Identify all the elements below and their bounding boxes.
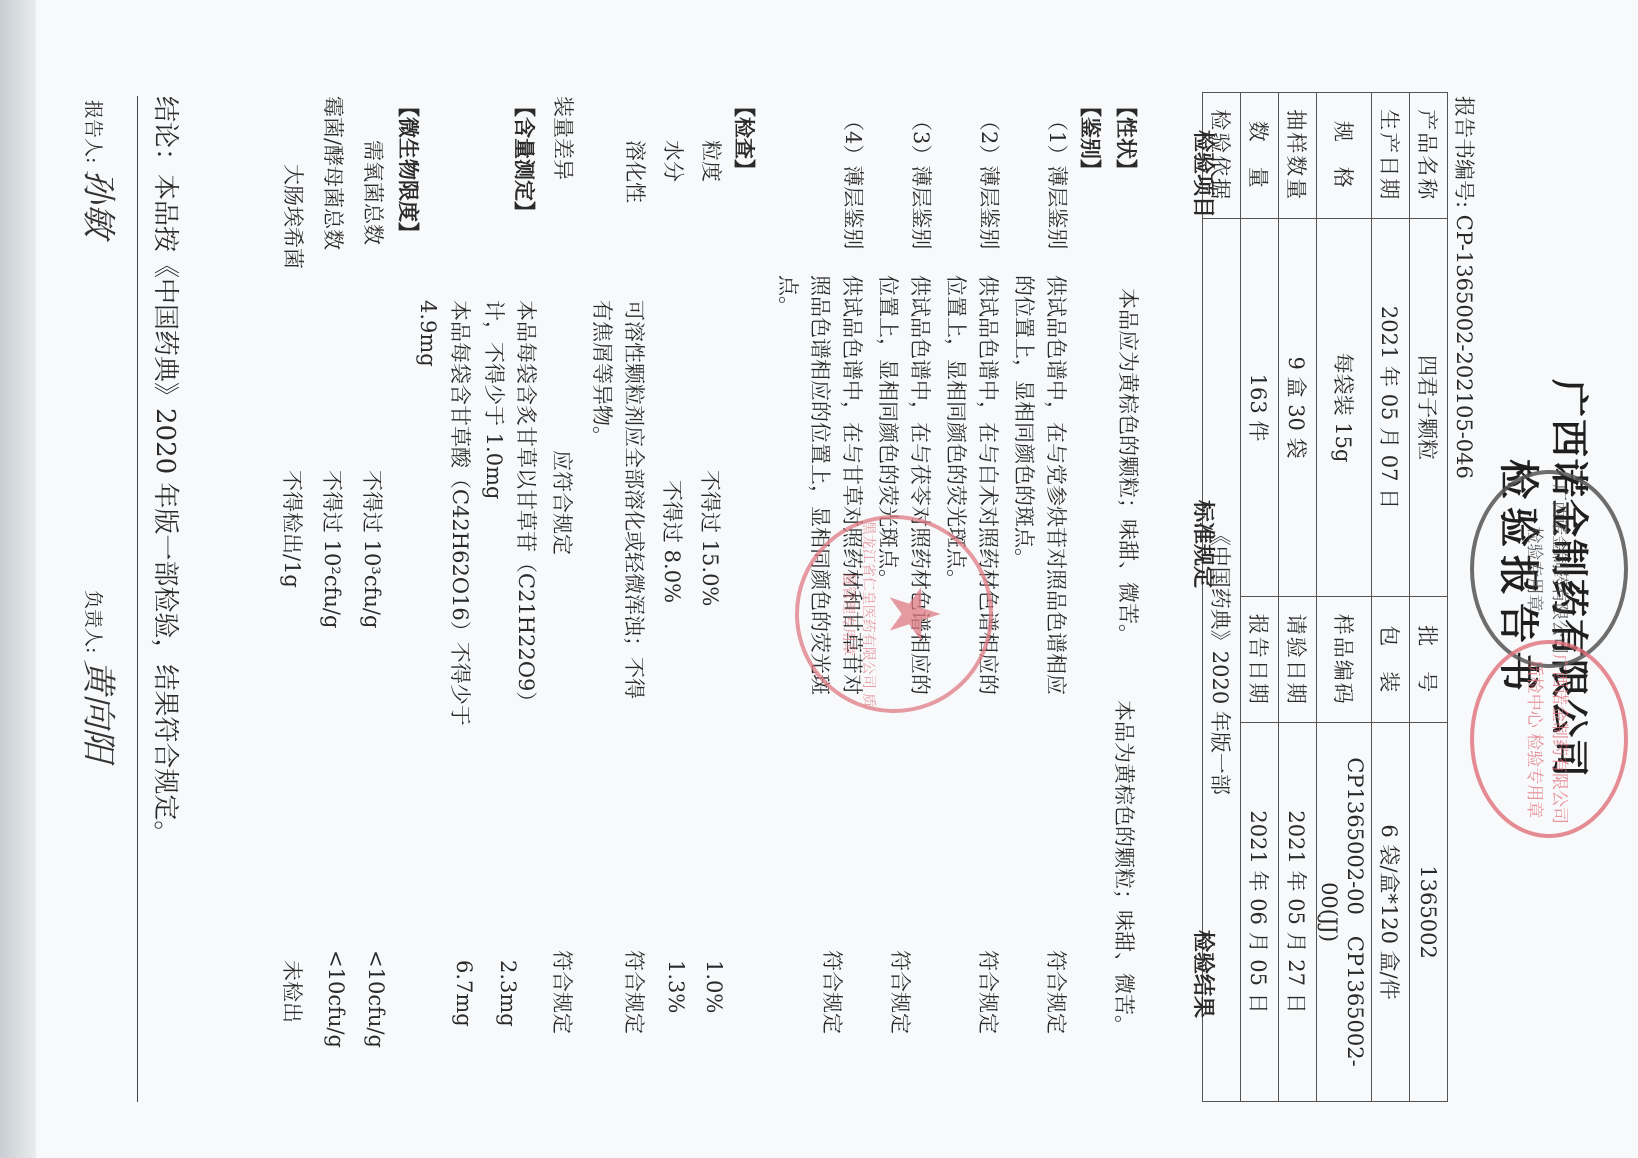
label-product-name: 产品名称 [1410, 93, 1448, 219]
label-batch-no: 批 号 [1410, 597, 1448, 723]
check-granularity-result: 1.0% [702, 960, 726, 1013]
microbe-aerobic-standard: 不得过 10³cfu/g [356, 470, 388, 628]
id-item-4-name: （4）薄层鉴别 [838, 110, 868, 249]
id-item-2-standard: 供试品色谱中，在与白术对照药材色谱相应的位置上，显相同颜色的荧光斑点。 [940, 275, 1004, 695]
id-item-2-name: （2）薄层鉴别 [974, 110, 1004, 249]
responsible-sign: 黄向阳 [78, 659, 118, 761]
character-result: 本品为黄棕色的颗粒；味甜、微苦。 [1110, 700, 1140, 1100]
value-batch-no: 1365002 [1410, 723, 1448, 1102]
product-info-table: 产品名称 四君子颗粒 批 号 1365002 生产日期 2021 年 05 月 … [1202, 92, 1448, 1102]
label-report-date: 报告日期 [1241, 597, 1279, 723]
microbe-aerobic-result: <10cfu/g [364, 950, 388, 1048]
value-production-date: 2021 年 05 月 07 日 [1372, 218, 1410, 597]
microbe-aerobic-name: 需氧菌总数 [358, 96, 388, 245]
id-item-4-standard: 供试品色谱中，在与甘草对照药材和甘草苷对照品色谱相应的位置上，显相同颜色的荧光斑… [772, 275, 868, 695]
id-item-1-name: （1）薄层鉴别 [1042, 110, 1072, 249]
microbe-mold-yeast-standard: 不得过 10²cfu/g [316, 470, 348, 628]
assay-2-result: 6.7mg [452, 960, 476, 1027]
check-granularity-name: 粒度 [696, 96, 726, 182]
column-header-result: 检验结果 [1189, 930, 1220, 1018]
value-sample-code: CP1365002-00 CP1365002-00(JJ) [1317, 723, 1372, 1102]
inspection-report-page: 广西诺金制药有限公司 检验报告书 广西诺金制药有限公司 检验专用章 广西诺金制药… [0, 0, 1638, 1158]
report-number-label: 报告书编号: [1452, 96, 1476, 208]
value-request-date: 2021 年 05 月 27 日 [1279, 723, 1317, 1102]
label-request-date: 请验日期 [1279, 597, 1317, 723]
column-header-standard: 标准规定 [1189, 500, 1220, 588]
assay-1-standard: 本品每袋含炙甘草以甘草苷（C21H22O9）计，不得少于 1.0mg [478, 300, 542, 740]
conclusion: 结论：本品按《中国药典》2020 年版一部检验，结果符合规定。 [149, 96, 186, 846]
reporter-sign: 孙敏 [78, 169, 118, 237]
check-solubility-result: 符合规定 [620, 950, 650, 1034]
value-product-name: 四君子颗粒 [1410, 218, 1448, 597]
table-row: 生产日期 2021 年 05 月 07 日 包 装 6 袋/盒*120 盒/件 [1372, 93, 1410, 1102]
section-microbial: 【微生物限度】 [394, 96, 424, 243]
section-identification: 【鉴别】 [1076, 96, 1106, 180]
label-sample-quantity: 抽样数量 [1279, 93, 1317, 219]
report-number: 报告书编号: CP-1365002-202105-046 [1450, 96, 1480, 479]
label-specification: 规 格 [1317, 93, 1372, 219]
scan-edge [0, 0, 36, 1158]
value-sample-quantity: 9 盒 30 袋 [1279, 218, 1317, 597]
divider [137, 96, 138, 1102]
microbe-ecoli-standard: 不得检出/1g [276, 470, 308, 588]
microbe-mold-yeast-name: 霉菌/酵母菌总数 [318, 96, 348, 250]
label-packaging: 包 装 [1372, 597, 1410, 723]
table-row: 产品名称 四君子颗粒 批 号 1365002 [1410, 93, 1448, 1102]
id-item-1-standard: 供试品色谱中，在与党参炔苷对照品色谱相应的位置上，显相同颜色的斑点。 [1008, 275, 1072, 695]
section-checks: 【检查】 [730, 96, 760, 180]
reporter-label: 报告人: [82, 100, 104, 163]
column-header-item: 检验项目 [1189, 130, 1220, 218]
check-moisture-standard: 不得过 8.0% [656, 480, 688, 603]
company-name: 广西诺金制药有限公司 [1545, 0, 1600, 1158]
assay-2-standard: 本品每袋含甘草酸（C42H62O16）不得少于 4.9mg [412, 300, 476, 780]
label-production-date: 生产日期 [1372, 93, 1410, 219]
id-item-3-result: 符合规定 [886, 950, 916, 1034]
section-assay: 【含量测定】 [510, 96, 540, 222]
check-solubility-name: 溶化性 [620, 96, 650, 203]
label-quantity: 数 量 [1241, 93, 1279, 219]
id-item-4-result: 符合规定 [818, 950, 848, 1034]
check-fill-variation-result: 符合规定 [548, 950, 578, 1034]
id-item-1-result: 符合规定 [1042, 950, 1072, 1034]
character-standard: 本品应为黄棕色的颗粒；味甜、微苦。 [1112, 288, 1144, 688]
table-row: 抽样数量 9 盒 30 袋 请验日期 2021 年 05 月 27 日 [1279, 93, 1317, 1102]
report-number-value: CP-1365002-202105-046 [1452, 215, 1476, 479]
value-quantity: 163 件 [1241, 218, 1279, 597]
table-row: 数 量 163 件 报告日期 2021 年 06 月 05 日 [1241, 93, 1279, 1102]
microbe-ecoli-name: 大肠埃希菌 [278, 120, 308, 269]
microbe-ecoli-result: 未检出 [278, 960, 308, 1023]
id-item-3-standard: 供试品色谱中，在与茯苓对照药材色谱相应的位置上，显相同颜色的荧光斑点。 [872, 275, 936, 695]
check-solubility-standard: 可溶性颗粒剂应全部溶化或轻微浑浊；不得有焦屑等异物。 [586, 300, 650, 710]
table-row: 规 格 每袋装 15g 样品编码 CP1365002-00 CP1365002-… [1317, 93, 1372, 1102]
check-moisture-result: 1.3% [664, 960, 688, 1013]
label-sample-code: 样品编码 [1317, 597, 1372, 723]
check-fill-variation-name: 装量差异 [548, 96, 578, 180]
value-specification: 每袋装 15g [1317, 218, 1372, 597]
section-character: 【性状】 [1112, 96, 1142, 180]
assay-1-result: 2.3mg [496, 960, 520, 1027]
microbe-mold-yeast-result: <10cfu/g [324, 950, 348, 1048]
value-packaging: 6 袋/盒*120 盒/件 [1372, 723, 1410, 1102]
check-fill-variation-standard: 应符合规定 [546, 450, 578, 555]
responsible-label: 负责人: [82, 590, 104, 653]
document-title: 检验报告书 [1493, 0, 1550, 1158]
id-item-2-result: 符合规定 [974, 950, 1004, 1034]
value-report-date: 2021 年 06 月 05 日 [1241, 723, 1279, 1102]
reporter-signature: 报告人: 孙敏 [77, 100, 126, 237]
responsible-signature: 负责人: 黄向阳 [77, 590, 126, 761]
id-item-3-name: （3）薄层鉴别 [906, 110, 936, 249]
check-moisture-name: 水分 [658, 96, 688, 182]
check-granularity-standard: 不得过 15.0% [694, 470, 726, 606]
